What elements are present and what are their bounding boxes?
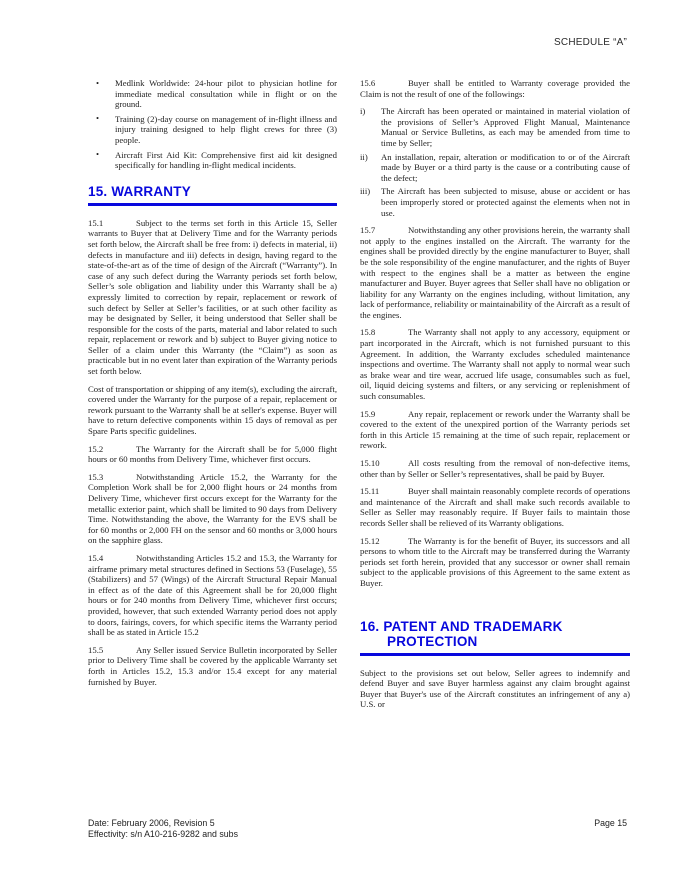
list-item: ii) An installation, repair, alteration … [360, 152, 630, 184]
clause-number: 15.2 [88, 444, 136, 455]
right-column: 15.6Buyer shall be entitled to Warranty … [360, 78, 630, 717]
medical-bullet-list: • Medlink Worldwide: 24-hour pilot to ph… [88, 78, 337, 171]
footer-page-number: Page 15 [594, 818, 627, 828]
bullet-icon: • [96, 149, 99, 160]
clause-15-1: 15.1Subject to the terms set forth in th… [88, 218, 337, 377]
clause-15-6: 15.6Buyer shall be entitled to Warranty … [360, 78, 630, 99]
clause-number: 15.11 [360, 486, 408, 497]
patent-intro-paragraph: Subject to the provisions set out below,… [360, 668, 630, 710]
clause-15-7: 15.7Notwithstanding any other provisions… [360, 225, 630, 320]
list-marker: iii) [360, 186, 381, 218]
list-item-text: The Aircraft has been subjected to misus… [381, 186, 630, 218]
patent-section-heading: 16. PATENT AND TRADEMARK PROTECTION [360, 619, 630, 656]
clause-text: Notwithstanding Articles 15.2 and 15.3, … [88, 553, 337, 637]
clause-15-11: 15.11Buyer shall maintain reasonably com… [360, 486, 630, 528]
clause-text: The Warranty shall not apply to any acce… [360, 327, 630, 401]
bullet-text: Aircraft First Aid Kit: Comprehensive fi… [115, 150, 337, 171]
list-item: • Aircraft First Aid Kit: Comprehensive … [88, 150, 337, 171]
clause-number: 15.12 [360, 536, 408, 547]
document-body: • Medlink Worldwide: 24-hour pilot to ph… [88, 78, 630, 717]
list-item: • Training (2)-day course on management … [88, 114, 337, 146]
clause-number: 15.10 [360, 458, 408, 469]
footer-effectivity: Effectivity: s/n A10-216-9282 and subs [88, 829, 238, 840]
cost-paragraph: Cost of transportation or shipping of an… [88, 384, 337, 437]
list-item: • Medlink Worldwide: 24-hour pilot to ph… [88, 78, 337, 110]
clause-15-3: 15.3Notwithstanding Article 15.2, the Wa… [88, 472, 337, 546]
clause-text: Notwithstanding any other provisions her… [360, 225, 630, 320]
list-item: i) The Aircraft has been operated or mai… [360, 106, 630, 148]
clause-text: Notwithstanding Article 15.2, the Warran… [88, 472, 337, 546]
clause-15-12: 15.12The Warranty is for the benefit of … [360, 536, 630, 589]
clause-number: 15.8 [360, 327, 408, 338]
clause-15-4: 15.4Notwithstanding Articles 15.2 and 15… [88, 553, 337, 638]
bullet-icon: • [96, 78, 99, 89]
list-marker: ii) [360, 152, 381, 184]
clause-15-8: 15.8The Warranty shall not apply to any … [360, 327, 630, 401]
bullet-icon: • [96, 113, 99, 124]
warranty-exclusion-list: i) The Aircraft has been operated or mai… [360, 106, 630, 218]
clause-text: Subject to the terms set forth in this A… [88, 218, 337, 376]
clause-number: 15.1 [88, 218, 136, 229]
bullet-text: Training (2)-day course on management of… [115, 114, 337, 145]
clause-number: 15.9 [360, 409, 408, 420]
clause-15-2: 15.2The Warranty for the Aircraft shall … [88, 444, 337, 465]
list-marker: i) [360, 106, 381, 148]
footer-date: Date: February 2006, Revision 5 [88, 818, 238, 829]
warranty-section-heading: 15. WARRANTY [88, 184, 337, 206]
list-item-text: An installation, repair, alteration or m… [381, 152, 630, 184]
clause-number: 15.6 [360, 78, 408, 89]
clause-number: 15.7 [360, 225, 408, 236]
list-item: iii) The Aircraft has been subjected to … [360, 186, 630, 218]
list-item-text: The Aircraft has been operated or mainta… [381, 106, 630, 148]
clause-15-5: 15.5Any Seller issued Service Bulletin i… [88, 645, 337, 687]
left-column: • Medlink Worldwide: 24-hour pilot to ph… [88, 78, 337, 717]
footer-revision-block: Date: February 2006, Revision 5 Effectiv… [88, 818, 238, 840]
clause-number: 15.3 [88, 472, 136, 483]
clause-15-9: 15.9Any repair, replacement or rework un… [360, 409, 630, 451]
clause-15-10: 15.10All costs resulting from the remova… [360, 458, 630, 479]
clause-number: 15.5 [88, 645, 136, 656]
bullet-text: Medlink Worldwide: 24-hour pilot to phys… [115, 78, 337, 109]
schedule-header: SCHEDULE “A” [554, 37, 627, 48]
clause-number: 15.4 [88, 553, 136, 564]
